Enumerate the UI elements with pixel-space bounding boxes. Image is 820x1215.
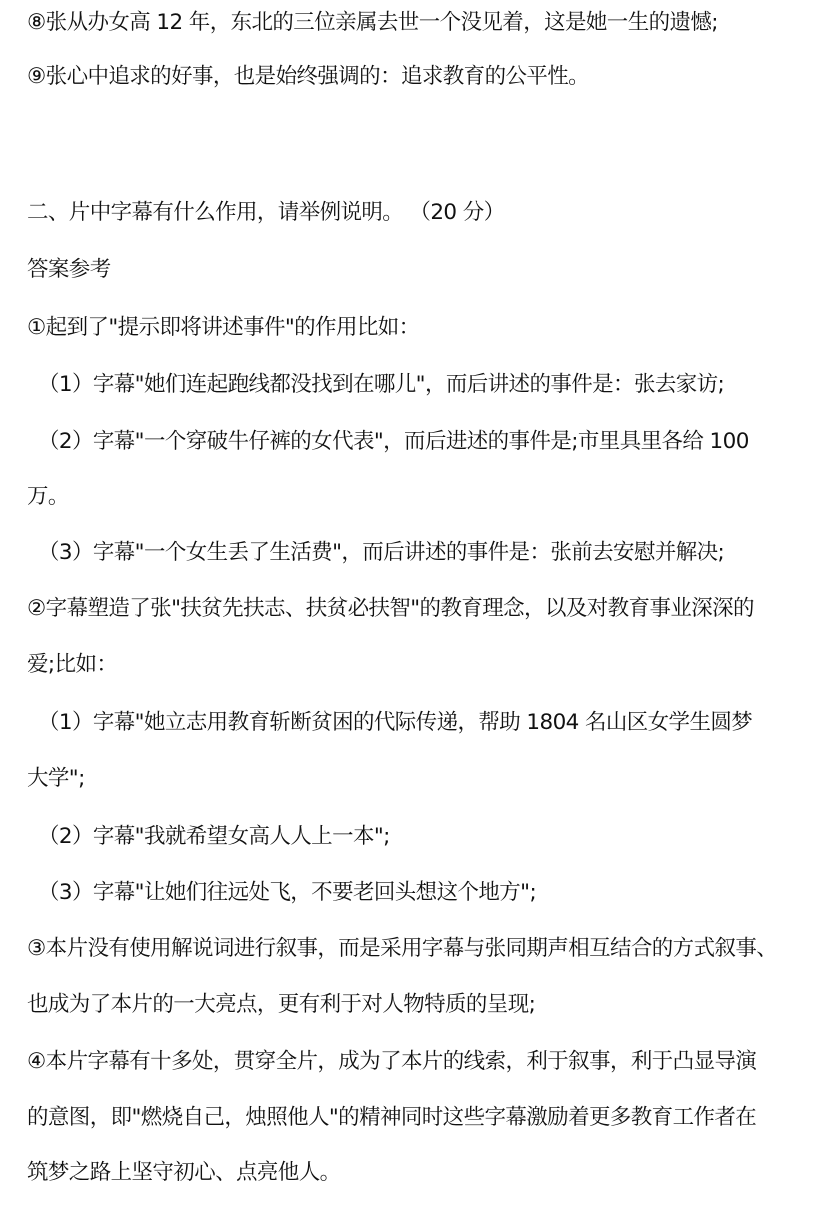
text-line: （1）字幕"她们连起跑线都没找到在哪儿"，而后讲述的事件是：张去家访; [38,370,724,400]
text-line: ⑨张心中追求的好事，也是始终强调的：追求教育的公平性。 [27,62,589,92]
text-line: （2）字幕"我就希望女高人人上一本"; [38,822,390,852]
text-line: 答案参考 [27,255,111,285]
document-page: ​ ⑧张从办女高 12 年，东北的三位亲属去世一个没见着，这是她一生的遗憾;⑨张… [0,0,820,1215]
text-line: 万。 [27,482,69,512]
text-line: 筑梦之路上坚守初心、点亮他人。 [27,1158,341,1188]
text-line: 爱;比如： [27,650,117,680]
text-line: 的意图，即"燃烧自己，烛照他人"的精神同时这些字幕激励着更多教育工作者在 [27,1103,756,1133]
text-line: ③本片没有使用解说词进行叙事，而是采用字幕与张同期声相互结合的方式叙事、 [27,934,777,964]
text-line: （3）字幕"让她们往远处飞，不要老回头想这个地方"; [38,878,536,908]
text-line: ⑧张从办女高 12 年，东北的三位亲属去世一个没见着，这是她一生的遗憾; [27,8,718,38]
text-line: ④本片字幕有十多处，贯穿全片，成为了本片的线索，利于叙事，利于凸显导演 [27,1047,756,1077]
text-line: （3）字幕"一个女生丢了生活费"，而后讲述的事件是：张前去安慰并解决; [38,538,724,568]
text-line: （1）字幕"她立志用教育斩断贫困的代际传递，帮助 1804 名山区女学生圆梦 [38,708,752,738]
text-line: 二、片中字幕有什么作用，请举例说明。 （20 分） [27,198,505,228]
text-line: ①起到了"提示即将讲述事件"的作用比如： [27,313,420,343]
text-line: （2）字幕"一个穿破牛仔裤的女代表"，而后进述的事件是;市里具里各给 100 [38,427,749,457]
text-line: 大学"; [27,764,85,794]
text-line: ②字幕塑造了张"扶贫先扶志、扶贫必扶智"的教育理念，以及对教育事业深深的 [27,594,754,624]
text-line: 也成为了本片的一大亮点，更有利于对人物特质的呈现; [27,990,535,1020]
